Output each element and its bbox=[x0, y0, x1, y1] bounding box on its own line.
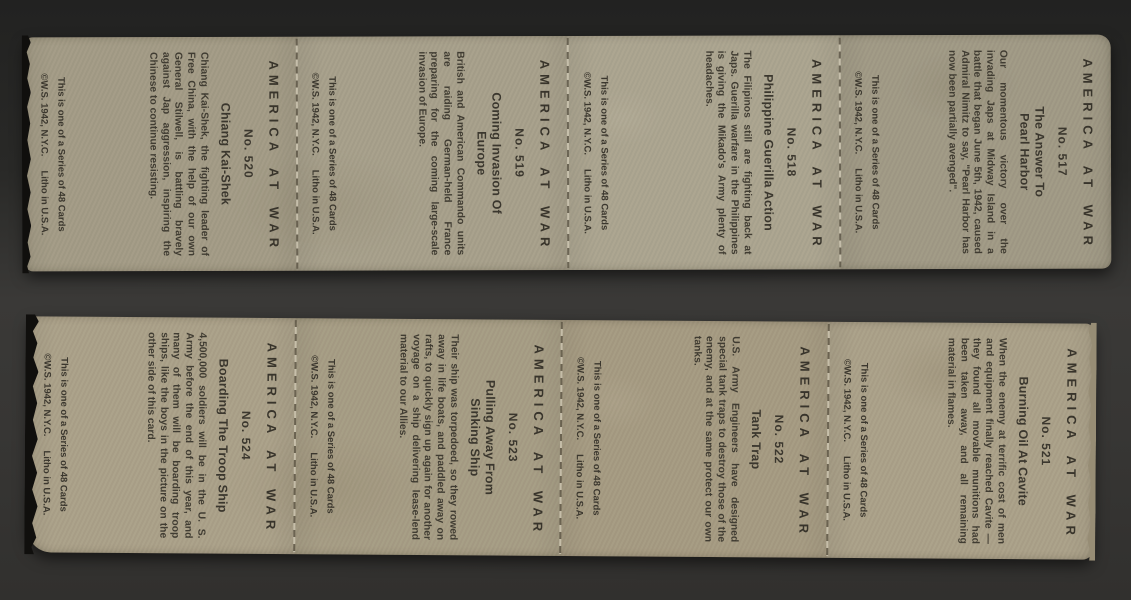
card-back-519: AMERICA AT WAR No. 519 Coming Invasion O… bbox=[296, 36, 568, 271]
card-back-522: AMERICA AT WAR No. 522 Tank Trap U.S. Ar… bbox=[560, 320, 828, 558]
copyright-text: ©W.S. 1942, N.Y.C. bbox=[574, 357, 586, 440]
card-number: No. 522 bbox=[772, 415, 786, 465]
series-title: AMERICA AT WAR bbox=[1063, 348, 1079, 540]
card-body-text: Our momentous victory over the invading … bbox=[945, 50, 1009, 254]
litho-text: Litho in U.S.A. bbox=[307, 452, 318, 517]
series-title: AMERICA AT WAR bbox=[797, 346, 813, 538]
card-body-text: Their ship was torpedoed, so they rowed … bbox=[394, 334, 459, 540]
copyright-text: ©W.S. 1942, N.Y.C. bbox=[308, 355, 320, 438]
card-back-521: AMERICA AT WAR No. 521 Burning Oil At Ca… bbox=[827, 322, 1095, 560]
card-title: Chiang Kai-Shek bbox=[217, 103, 232, 205]
card-title: Pulling Away From Sinking Ship bbox=[466, 380, 497, 495]
series-title: AMERICA AT WAR bbox=[266, 60, 282, 252]
card-back-523: AMERICA AT WAR No. 523 Pulling Away From… bbox=[294, 318, 562, 556]
card-body-text: The Filipinos still are fighting back at… bbox=[701, 51, 753, 255]
card-number: No. 520 bbox=[241, 129, 255, 179]
card-number: No. 524 bbox=[239, 411, 253, 461]
series-line: This is one of a Series of 48 Cards bbox=[58, 357, 70, 512]
litho-text: Litho in U.S.A. bbox=[310, 170, 321, 235]
litho-text: Litho in U.S.A. bbox=[41, 450, 52, 515]
copyright-line: ©W.S. 1942, N.Y.C. Litho in U.S.A. bbox=[41, 353, 53, 515]
series-line: This is one of a Series of 48 Cards bbox=[55, 77, 66, 232]
litho-text: Litho in U.S.A. bbox=[38, 170, 49, 235]
series-line: This is one of a Series of 48 Cards bbox=[857, 363, 869, 518]
litho-text: Litho in U.S.A. bbox=[853, 168, 864, 233]
copyright-line: ©W.S. 1942, N.Y.C. Litho in U.S.A. bbox=[38, 73, 49, 235]
card-body-text: Chiang Kai-Shek, the fighting leader of … bbox=[145, 52, 209, 256]
copyright-line: ©W.S. 1942, N.Y.C. Litho in U.S.A. bbox=[853, 71, 864, 233]
card-title: Philippine Guerilla Action bbox=[760, 74, 775, 231]
copyright-line: ©W.S. 1942, N.Y.C. Litho in U.S.A. bbox=[310, 73, 321, 235]
card-back-518: AMERICA AT WAR No. 518 Philippine Gueril… bbox=[568, 35, 840, 270]
card-number: No. 518 bbox=[784, 128, 798, 178]
copyright-line: ©W.S. 1942, N.Y.C. Litho in U.S.A. bbox=[574, 357, 586, 519]
copyright-text: ©W.S. 1942, N.Y.C. bbox=[41, 353, 53, 436]
copyright-text: ©W.S. 1942, N.Y.C. bbox=[38, 73, 49, 156]
card-body-text: 4,500,000 soldiers will be in the U. S. … bbox=[143, 332, 208, 538]
card-number: No. 523 bbox=[506, 413, 520, 463]
series-title: AMERICA AT WAR bbox=[1081, 58, 1097, 250]
card-title: Burning Oil At Cavite bbox=[1014, 376, 1030, 506]
card-back-520: AMERICA AT WAR No. 520 Chiang Kai-Shek C… bbox=[25, 37, 297, 272]
copyright-text: ©W.S. 1942, N.Y.C. bbox=[853, 71, 864, 154]
card-body-text: British and American Commando units are … bbox=[414, 51, 466, 255]
series-line: This is one of a Series of 48 Cards bbox=[870, 75, 881, 230]
card-number: No. 521 bbox=[1039, 416, 1053, 466]
litho-text: Litho in U.S.A. bbox=[840, 456, 851, 521]
card-title: Boarding The Troop Ship bbox=[215, 359, 231, 513]
series-title: AMERICA AT WAR bbox=[264, 343, 280, 535]
card-number: No. 519 bbox=[513, 128, 527, 178]
copyright-line: ©W.S. 1942, N.Y.C. Litho in U.S.A. bbox=[840, 359, 852, 521]
card-strip-top: AMERICA AT WAR No. 520 Chiang Kai-Shek C… bbox=[25, 35, 1112, 272]
card-number: No. 517 bbox=[1056, 127, 1070, 177]
copyright-line: ©W.S. 1942, N.Y.C. Litho in U.S.A. bbox=[307, 355, 319, 517]
copyright-text: ©W.S. 1942, N.Y.C. bbox=[841, 359, 853, 442]
card-body-text: U.S. Army Engineers have designed specia… bbox=[688, 336, 740, 542]
series-line: This is one of a Series of 48 Cards bbox=[598, 76, 609, 231]
litho-text: Litho in U.S.A. bbox=[574, 454, 585, 519]
card-title: The Answer To Pearl Harbor bbox=[1017, 106, 1047, 197]
series-title: AMERICA AT WAR bbox=[538, 60, 554, 252]
series-title: AMERICA AT WAR bbox=[530, 344, 546, 536]
series-line: This is one of a Series of 48 Cards bbox=[327, 76, 338, 231]
series-line: This is one of a Series of 48 Cards bbox=[591, 361, 603, 516]
card-body-text: When the enemy at terrific cost of men a… bbox=[942, 338, 1007, 544]
card-title: Coming Invasion Of Europe bbox=[474, 92, 504, 214]
copyright-text: ©W.S. 1942, N.Y.C. bbox=[581, 72, 592, 155]
card-back-524: AMERICA AT WAR No. 524 Boarding The Troo… bbox=[27, 316, 295, 554]
series-line: This is one of a Series of 48 Cards bbox=[324, 359, 336, 514]
copyright-line: ©W.S. 1942, N.Y.C. Litho in U.S.A. bbox=[581, 72, 592, 234]
card-back-517: AMERICA AT WAR No. 517 The Answer To Pea… bbox=[839, 35, 1111, 270]
litho-text: Litho in U.S.A. bbox=[581, 169, 592, 234]
card-title: Tank Trap bbox=[748, 409, 763, 469]
series-title: AMERICA AT WAR bbox=[809, 59, 825, 251]
card-strip-bottom: AMERICA AT WAR No. 524 Boarding The Troo… bbox=[27, 316, 1095, 559]
copyright-text: ©W.S. 1942, N.Y.C. bbox=[310, 73, 321, 156]
